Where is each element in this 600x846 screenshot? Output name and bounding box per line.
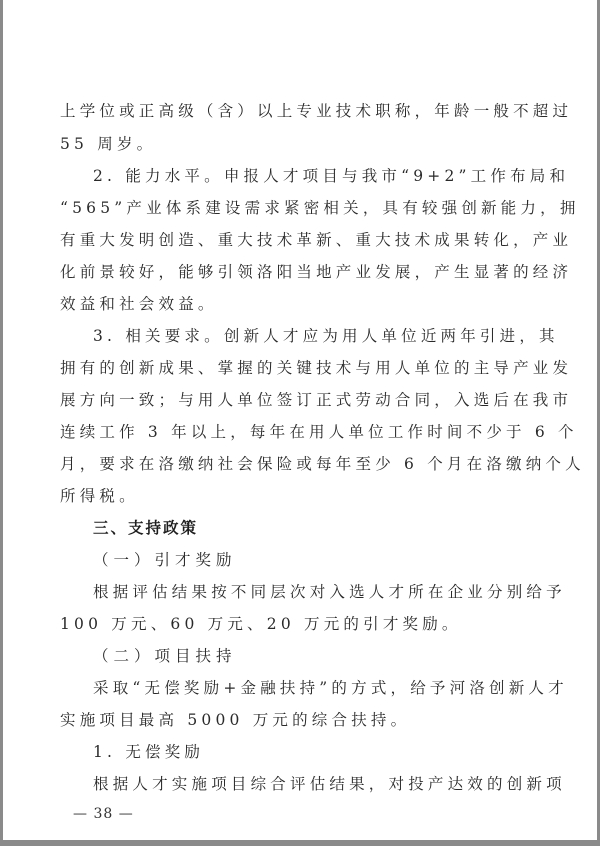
subheading-project-support: （二）项目扶持: [93, 646, 520, 666]
text-line: 上学位或正高级（含）以上专业技术职称，年龄一般不超过: [60, 101, 520, 121]
text-line: 100 万元、60 万元、20 万元的引才奖励。: [60, 614, 520, 634]
document-page: 上学位或正高级（含）以上专业技术职称，年龄一般不超过 55 周岁。 2. 能力水…: [3, 0, 597, 840]
text-line: 展方向一致；与用人单位签订正式劳动合同，入选后在我市: [60, 390, 520, 410]
text-line: 拥有的创新成果、掌握的关键技术与用人单位的主导产业发: [60, 358, 520, 378]
text-line: 化前景较好，能够引领洛阳当地产业发展，产生显著的经济: [60, 262, 520, 282]
text-line: 连续工作 3 年以上，每年在用人单位工作时间不少于 6 个: [60, 422, 520, 442]
text-line: 根据人才实施项目综合评估结果，对投产达效的创新项: [93, 774, 520, 794]
paragraph-related-requirements: 3. 相关要求。创新人才应为用人单位近两年引进，其: [93, 326, 520, 346]
paragraph-ability-level: 2. 能力水平。申报人才项目与我市“9+2”工作布局和: [93, 166, 520, 186]
text-line: 月，要求在洛缴纳社会保险或每年至少 6 个月在洛缴纳个人: [60, 454, 520, 474]
page-number: — 38 —: [73, 806, 134, 822]
subheading-talent-reward: （一）引才奖励: [93, 550, 520, 570]
text-line: 有重大发明创造、重大技术革新、重大技术成果转化，产业: [60, 230, 520, 250]
text-line: 实施项目最高 5000 万元的综合扶持。: [60, 710, 520, 730]
text-line: “565”产业体系建设需求紧密相关，具有较强创新能力，拥: [60, 198, 520, 218]
subheading-free-reward: 1. 无偿奖励: [93, 742, 520, 762]
text-line: 根据评估结果按不同层次对入选人才所在企业分别给予: [93, 582, 520, 602]
text-line: 效益和社会效益。: [60, 294, 520, 314]
text-line: 所得税。: [60, 486, 520, 506]
section-heading-support-policy: 三、支持政策: [93, 518, 520, 538]
text-line: 55 周岁。: [60, 134, 520, 154]
text-line: 采取“无偿奖励+金融扶持”的方式，给予河洛创新人才: [93, 678, 520, 698]
